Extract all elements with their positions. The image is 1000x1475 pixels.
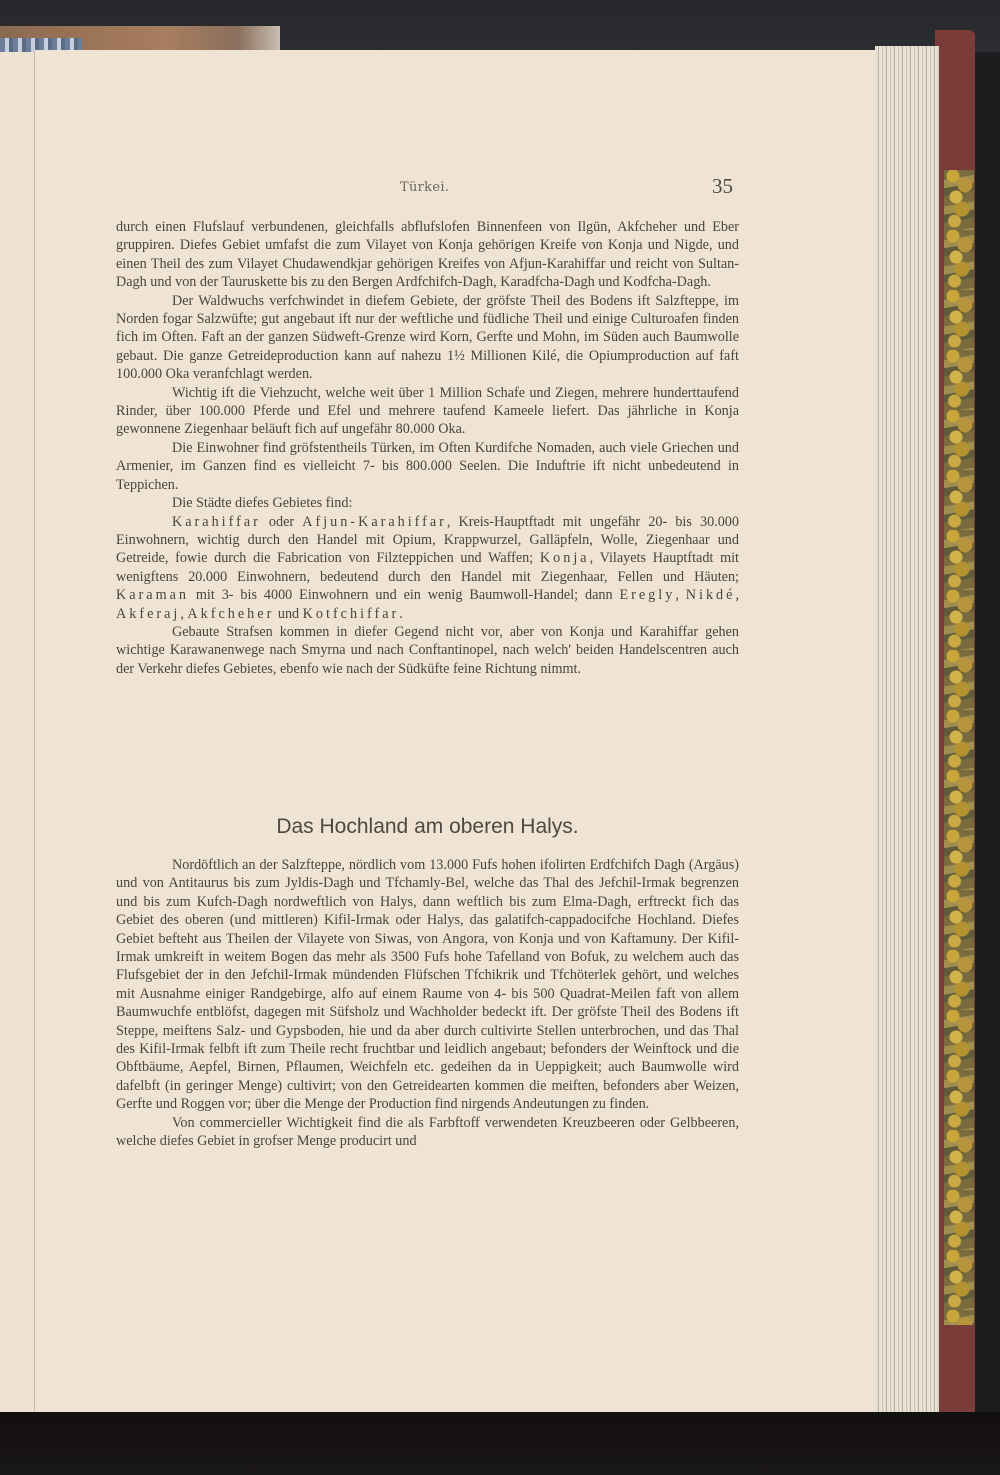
page-number: 35 bbox=[712, 174, 733, 199]
paragraph: Gebaute Strafsen kommen in diefer Gegend… bbox=[116, 623, 739, 678]
city-name: Eregly bbox=[619, 587, 675, 603]
city-name: Karahiffar bbox=[172, 514, 261, 530]
paragraph: Der Waldwuchs verfchwindet in diefem Geb… bbox=[116, 292, 739, 384]
city-name: Konja bbox=[540, 550, 590, 566]
page-block-edge bbox=[875, 46, 939, 1412]
cities-paragraph: Karahiffar oder Afjun-Karahiffar, Kreis-… bbox=[116, 513, 739, 623]
city-name: Akfcheher bbox=[187, 606, 274, 622]
paragraph: Die Städte diefes Gebietes find: bbox=[116, 494, 739, 512]
city-name: Afjun-Karahiffar bbox=[302, 514, 447, 530]
marbled-cover-paper bbox=[944, 170, 974, 1325]
city-name: Nikdé bbox=[686, 587, 736, 603]
paragraph: Von commercieller Wichtigkeit find die a… bbox=[116, 1114, 739, 1151]
running-head: Türkei. bbox=[400, 180, 449, 195]
city-name: Karaman bbox=[116, 587, 189, 603]
city-name: Akferaj bbox=[116, 606, 180, 622]
paragraph: Wichtig ift die Viehzucht, welche weit ü… bbox=[116, 384, 739, 439]
section-2-body: Nordöftlich an der Salzfteppe, nördlich … bbox=[116, 856, 739, 1151]
city-name: Kotfchiffar bbox=[303, 606, 400, 622]
section-heading: Das Hochland am oberen Halys. bbox=[116, 815, 739, 839]
paragraph: Nordöftlich an der Salzfteppe, nördlich … bbox=[116, 856, 739, 1114]
facing-page-edge bbox=[0, 52, 35, 1412]
section-1-body: durch einen Flufslauf verbundenen, gleic… bbox=[116, 218, 739, 678]
scan-background-bottom bbox=[0, 1412, 1000, 1475]
paragraph: Die Einwohner find gröfstentheils Türken… bbox=[116, 439, 739, 494]
paragraph: durch einen Flufslauf verbundenen, gleic… bbox=[116, 218, 739, 292]
